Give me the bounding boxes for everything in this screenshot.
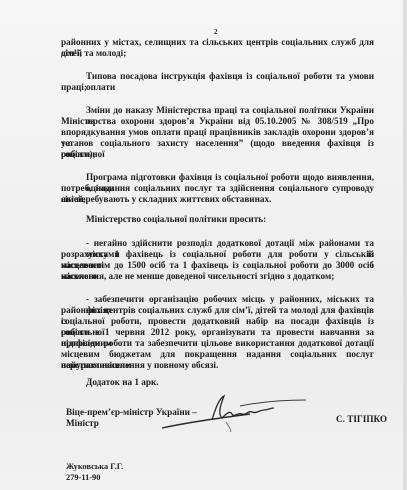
attachment-note: Додаток на 1 арк. xyxy=(86,377,159,388)
executor-name: Жуковська Г.Г. xyxy=(66,461,123,472)
paragraph-line: дітей та молоді; xyxy=(61,48,126,59)
paragraph-line: Типова посадова інструкція фахівця із со… xyxy=(86,71,374,94)
paragraph-line: верствам населення у повному обсязі. xyxy=(61,360,218,371)
page-edge xyxy=(403,0,407,490)
signatory-name: С. ТІГІПКО xyxy=(336,414,387,425)
paragraph-line: роботи); xyxy=(61,149,96,160)
paragraph-line: Міністерства охорони здоров’я України ві… xyxy=(61,116,374,127)
executor-phone: 279-11-90 xyxy=(66,472,100,483)
paragraph-line: які перебувають у складних життєвих обст… xyxy=(61,194,271,205)
request-heading: Міністерство соціальної політики просить… xyxy=(86,214,266,225)
signatory-title-2: Міністр xyxy=(66,418,99,429)
signature-icon xyxy=(160,392,310,432)
paragraph-line: установ соціального захисту населення” (… xyxy=(61,138,374,161)
paragraph-line: населення, але не менше доведеної чисель… xyxy=(61,271,334,282)
paragraph-line: праці; xyxy=(61,82,87,93)
paragraph-line: профілем роботи та забезпечити цільове в… xyxy=(61,338,374,349)
